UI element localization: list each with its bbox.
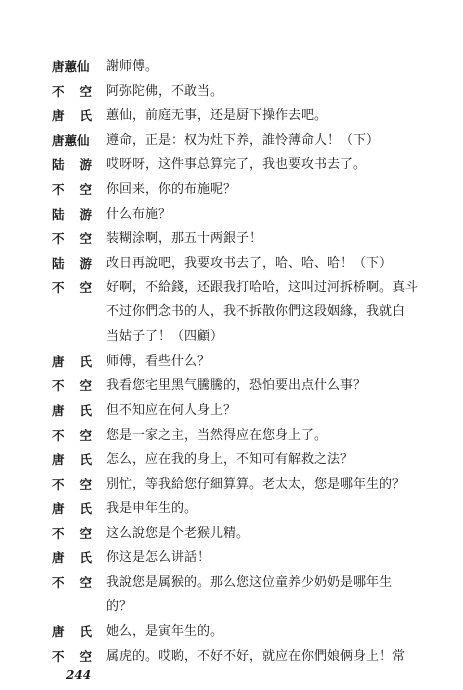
speaker-name: 陆游	[52, 155, 92, 175]
dialogue-text: 但不知应在何人身上？	[106, 401, 236, 421]
dialogue-text: 阿弥陀佛，不敢当。	[106, 82, 223, 102]
speaker-name: 唐氏	[52, 352, 92, 372]
dialogue-line: 唐氏 你这是怎么讲話！	[52, 548, 210, 568]
dialogue-text: 属虎的。哎喲，不好不好，就应在你們娘俩身上！常	[106, 647, 405, 667]
dialogue-text: 装糊涂啊，那五十两銀子！	[106, 229, 262, 249]
dialogue-text: 別忙，等我給您仔細算算。老太太，您是哪年生的？	[106, 475, 405, 495]
speaker-name: 不空	[52, 426, 92, 446]
dialogue-text: 哎呀呀，这件事总算完了，我也要攻书去了。	[106, 155, 366, 175]
dialogue-text: 您是一家之主，当然得应在您身上了。	[106, 426, 327, 446]
dialogue-line: 唐蕙仙 遵命，正是：权为灶下养，誰怜薄命人！（下）	[52, 131, 379, 151]
speaker-name: 不空	[52, 82, 92, 102]
speaker-name: 不空	[52, 229, 92, 249]
dialogue-text: 謝师傅。	[106, 57, 158, 77]
speaker-name: 唐氏	[52, 106, 92, 126]
dialogue-line: 不空 装糊涂啊，那五十两銀子！	[52, 229, 262, 249]
dialogue-line: 唐氏 师傅，看些什么？	[52, 352, 210, 372]
dialogue-line: 唐蕙仙 謝师傅。	[52, 57, 158, 77]
dialogue-line: 陆游 改日再說吧，我要攻书去了，哈、哈、哈！（下）	[52, 254, 392, 274]
dialogue-line: 唐氏 蕙仙，前庭无事，还是厨下操作去吧。	[52, 106, 327, 126]
book-page: 唐蕙仙 謝师傅。 不空 阿弥陀佛，不敢当。 唐氏 蕙仙，前庭无事，还是厨下操作去…	[0, 0, 463, 690]
dialogue-text: 遵命，正是：权为灶下养，誰怜薄命人！（下）	[106, 131, 379, 151]
dialogue-line: 唐氏 怎么，应在我的身上，不知可有解救之法？	[52, 450, 353, 470]
dialogue-line: 陆游 什么布施？	[52, 205, 171, 225]
dialogue-text: 好啊，不給錢，还跟我打哈哈，这叫过河拆桥啊。真斗	[106, 278, 418, 298]
dialogue-line: 不空 这么說您是个老猴儿精。	[52, 524, 249, 544]
dialogue-line: 不空 好啊，不給錢，还跟我打哈哈，这叫过河拆桥啊。真斗	[52, 278, 418, 298]
speaker-name: 唐蕙仙	[52, 131, 97, 151]
dialogue-text: 改日再說吧，我要攻书去了，哈、哈、哈！（下）	[106, 254, 392, 274]
dialogue-continuation: 不过你們念书的人，我不拆散你們这段姻緣，我就白	[106, 302, 405, 322]
speaker-name: 唐氏	[52, 499, 92, 519]
dialogue-line: 唐氏 但不知应在何人身上？	[52, 401, 236, 421]
dialogue-continuation: 的？	[106, 597, 132, 617]
speaker-name: 唐蕙仙	[52, 57, 97, 77]
dialogue-line: 唐氏 她么，是寅年生的。	[52, 622, 223, 642]
speaker-name: 唐氏	[52, 548, 92, 568]
dialogue-text: 师傅，看些什么？	[106, 352, 210, 372]
dialogue-line: 不空 你回来，你的布施呢？	[52, 180, 236, 200]
dialogue-text: 蕙仙，前庭无事，还是厨下操作去吧。	[106, 106, 327, 126]
dialogue-line: 不空 別忙，等我給您仔細算算。老太太，您是哪年生的？	[52, 475, 405, 495]
dialogue-line: 唐氏 我是申年生的。	[52, 499, 197, 519]
dialogue-text: 这么說您是个老猴儿精。	[106, 524, 249, 544]
dialogue-text: 她么，是寅年生的。	[106, 622, 223, 642]
page-number: 244	[66, 668, 91, 682]
dialogue-line: 不空 阿弥陀佛，不敢当。	[52, 82, 223, 102]
dialogue-line: 陆游 哎呀呀，这件事总算完了，我也要攻书去了。	[52, 155, 366, 175]
dialogue-text: 什么布施？	[106, 205, 171, 225]
speaker-name: 唐氏	[52, 622, 92, 642]
dialogue-text: 你回来，你的布施呢？	[106, 180, 236, 200]
dialogue-text: 我說您是属猴的。那么您这位童养少奶奶是哪年生	[106, 573, 392, 593]
speaker-name: 不空	[52, 647, 92, 667]
speaker-name: 陆游	[52, 254, 92, 274]
speaker-name: 不空	[52, 524, 92, 544]
speaker-name: 不空	[52, 180, 92, 200]
speaker-name: 不空	[52, 475, 92, 495]
speaker-name: 不空	[52, 278, 92, 298]
dialogue-continuation: 当姑子了！（四顧）	[106, 327, 223, 347]
dialogue-line: 不空 我看您宅里黑气騰騰的，恐怕要出点什么事？	[52, 376, 366, 396]
speaker-name: 不空	[52, 376, 92, 396]
dialogue-text: 我是申年生的。	[106, 499, 197, 519]
speaker-name: 不空	[52, 573, 92, 593]
speaker-name: 唐氏	[52, 401, 92, 421]
speaker-name: 唐氏	[52, 450, 92, 470]
dialogue-text: 你这是怎么讲話！	[106, 548, 210, 568]
dialogue-text: 怎么，应在我的身上，不知可有解救之法？	[106, 450, 353, 470]
dialogue-line: 不空 您是一家之主，当然得应在您身上了。	[52, 426, 327, 446]
dialogue-text: 我看您宅里黑气騰騰的，恐怕要出点什么事？	[106, 376, 366, 396]
dialogue-line: 不空 属虎的。哎喲，不好不好，就应在你們娘俩身上！常	[52, 647, 405, 667]
dialogue-line: 不空 我說您是属猴的。那么您这位童养少奶奶是哪年生	[52, 573, 392, 593]
speaker-name: 陆游	[52, 205, 92, 225]
